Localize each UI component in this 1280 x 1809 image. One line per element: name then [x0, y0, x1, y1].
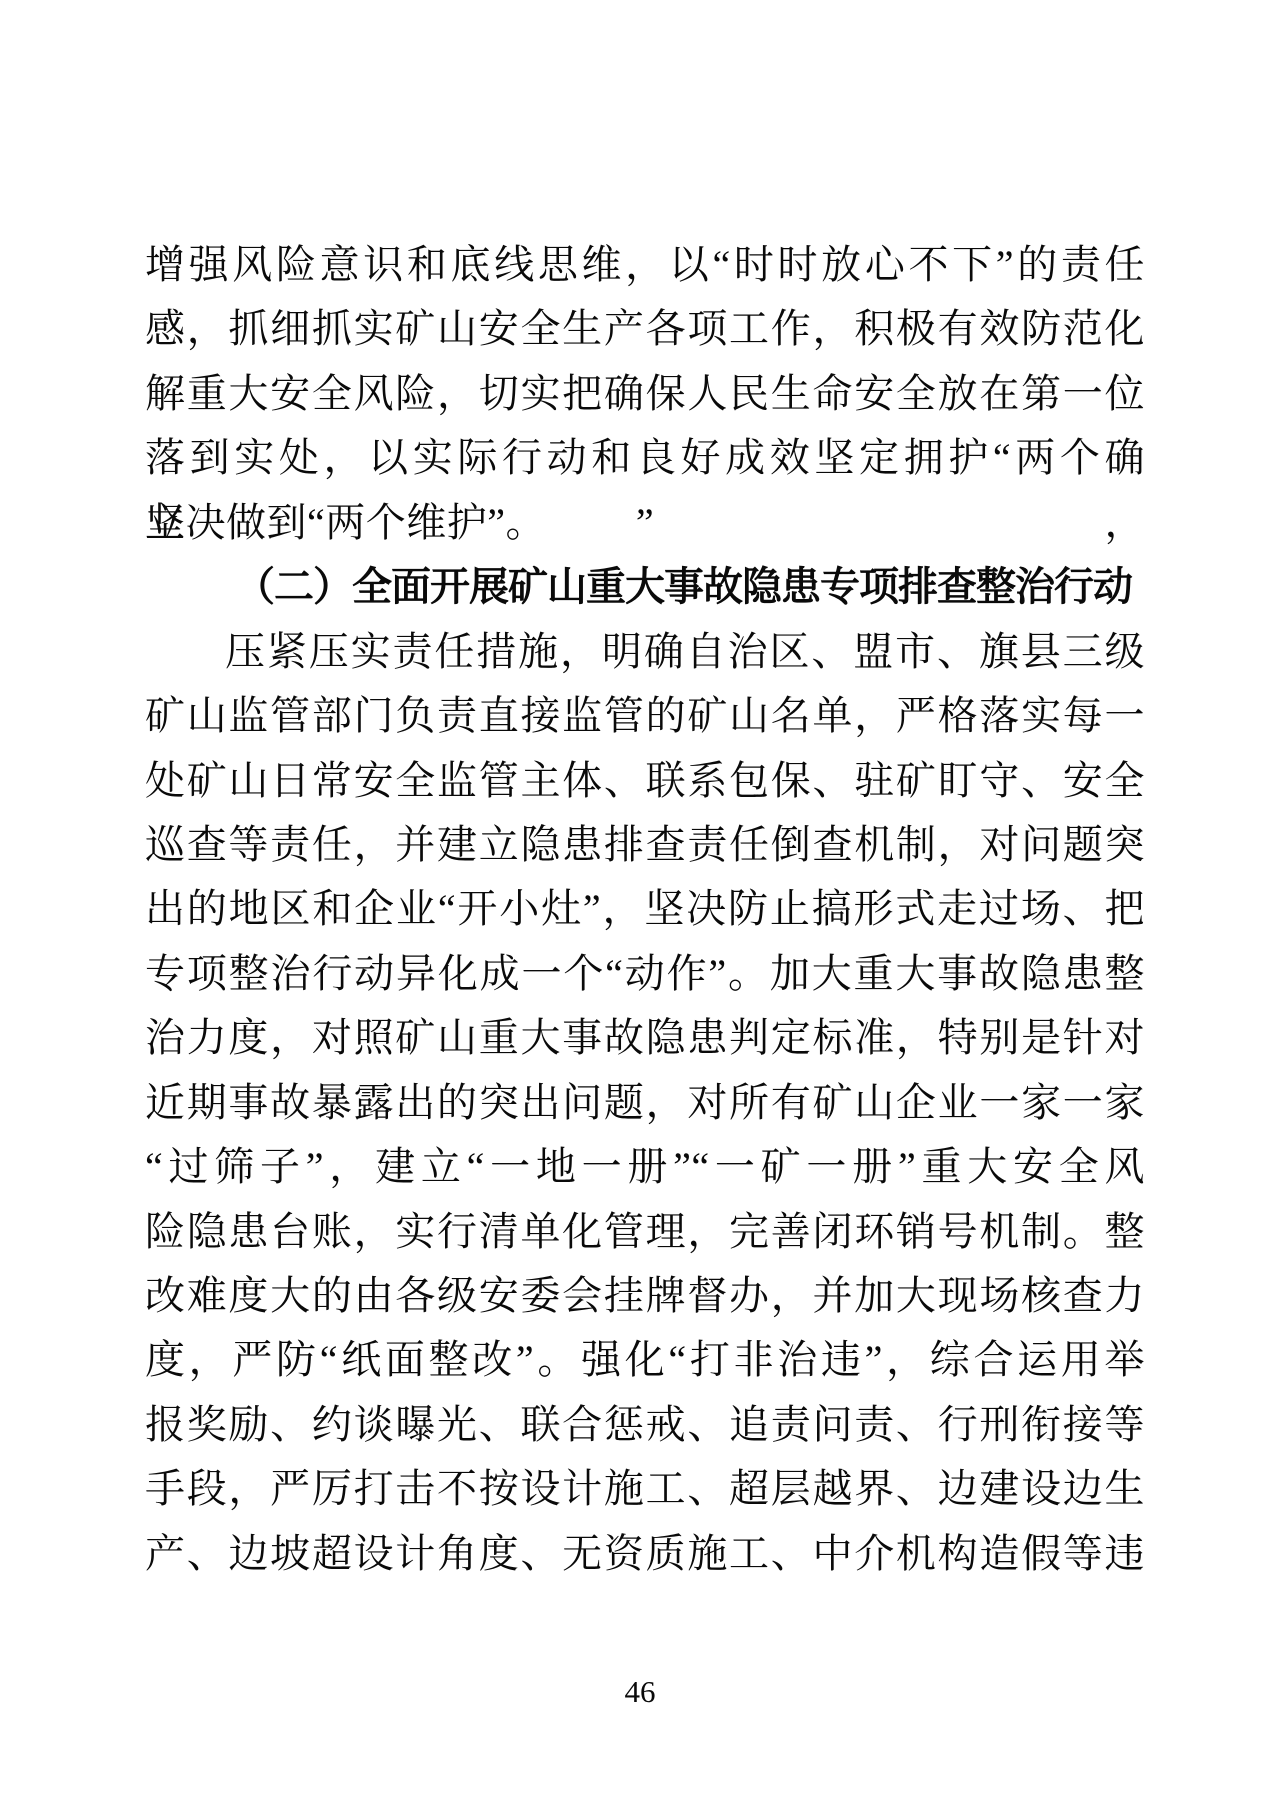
body-line: 出的地区和企业“开小灶”，坚决防止搞形式走过场、把 — [145, 877, 1145, 941]
page-number: 46 — [0, 1672, 1280, 1712]
body-line: 落到实处，以实际行动和良好成效坚定拥护“两个确立”， — [145, 426, 1145, 490]
body-line: 感，抓细抓实矿山安全生产各项工作，积极有效防范化 — [145, 297, 1145, 361]
body-line: 产、边坡超设计角度、无资质施工、中介机构造假等违 — [145, 1522, 1145, 1586]
section-heading: （二）全面开展矿山重大事故隐患专项排查整治行动 — [145, 555, 1145, 619]
body-line: 矿山监管部门负责直接监管的矿山名单，严格落实每一 — [145, 684, 1145, 748]
body-line: 专项整治行动异化成一个“动作”。加大重大事故隐患整 — [145, 942, 1145, 1006]
body-line: 近期事故暴露出的突出问题，对所有矿山企业一家一家 — [145, 1071, 1145, 1135]
body-line: 险隐患台账，实行清单化管理，完善闭环销号机制。整 — [145, 1200, 1145, 1264]
body-line: 手段，严厉打击不按设计施工、超层越界、边建设边生 — [145, 1457, 1145, 1521]
document-text-block: 增强风险意识和底线思维，以“时时放心不下”的责任 感，抓细抓实矿山安全生产各项工… — [145, 233, 1145, 1586]
document-page: 增强风险意识和底线思维，以“时时放心不下”的责任 感，抓细抓实矿山安全生产各项工… — [0, 0, 1280, 1809]
body-line: 报奖励、约谈曝光、联合惩戒、追责问责、行刑衔接等 — [145, 1393, 1145, 1457]
body-line: 巡查等责任，并建立隐患排查责任倒查机制，对问题突 — [145, 813, 1145, 877]
body-line: 增强风险意识和底线思维，以“时时放心不下”的责任 — [145, 233, 1145, 297]
body-line: 改难度大的由各级安委会挂牌督办，并加大现场核查力 — [145, 1264, 1145, 1328]
body-line: 度，严防“纸面整改”。强化“打非治违”，综合运用举 — [145, 1328, 1145, 1392]
body-line: 治力度，对照矿山重大事故隐患判定标准，特别是针对 — [145, 1006, 1145, 1070]
body-line: 解重大安全风险，切实把确保人民生命安全放在第一位 — [145, 362, 1145, 426]
body-line: “过筛子”，建立“一地一册”“一矿一册”重大安全风 — [145, 1135, 1145, 1199]
body-line: 处矿山日常安全监管主体、联系包保、驻矿盯守、安全 — [145, 749, 1145, 813]
body-line: 压紧压实责任措施，明确自治区、盟市、旗县三级 — [145, 620, 1145, 684]
